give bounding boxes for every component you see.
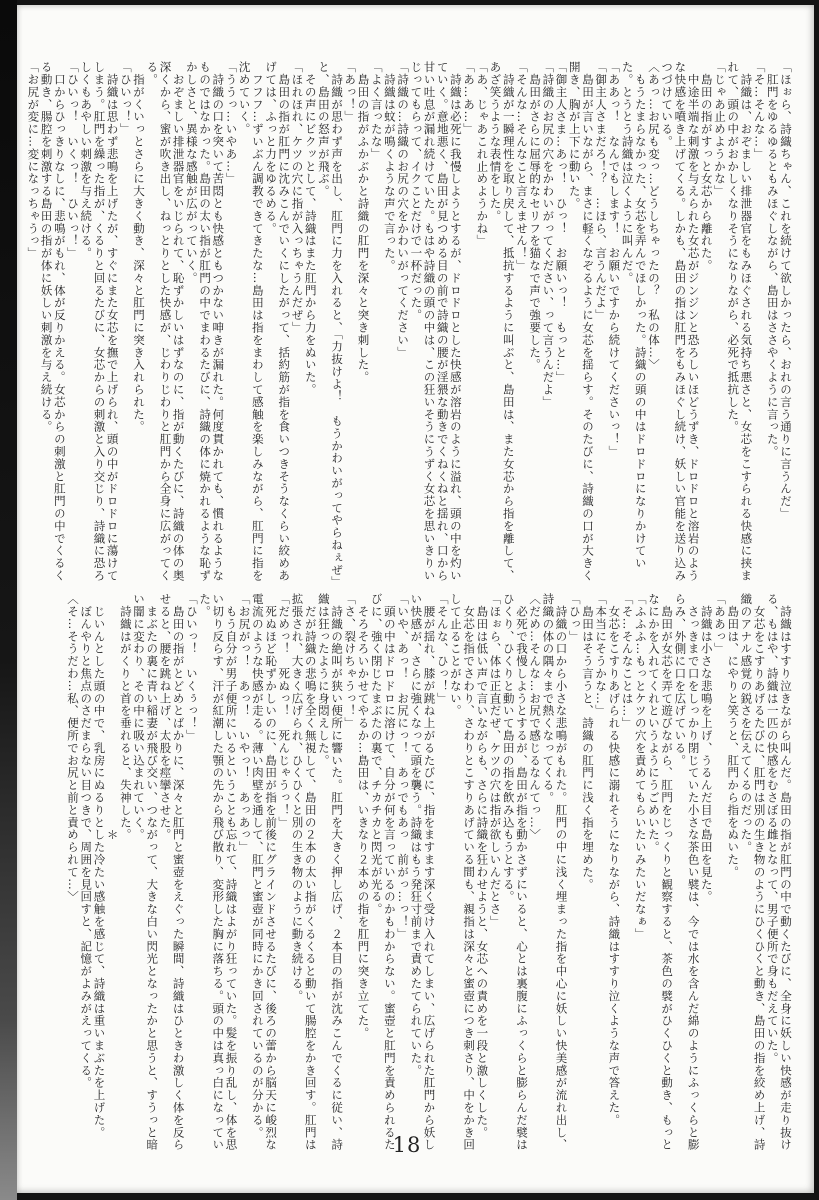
scan-left-border: [0, 0, 17, 1200]
page-number: 18: [357, 1133, 457, 1157]
top-text-block: 「ほぉら、詩織ちゃん、これを続けて欲しかったら、おれの言う通りに言うんだ」 肛門…: [28, 61, 792, 589]
bottom-text-block: 詩織はすすり泣きながら叫んだ。島田の指が肛門の中で動くたびに、全身に妖しい快感が…: [28, 593, 792, 1155]
scanned-page: 「ほぉら、詩織ちゃん、これを続けて欲しかったら、おれの言う通りに言うんだ」 肛門…: [17, 5, 814, 1193]
